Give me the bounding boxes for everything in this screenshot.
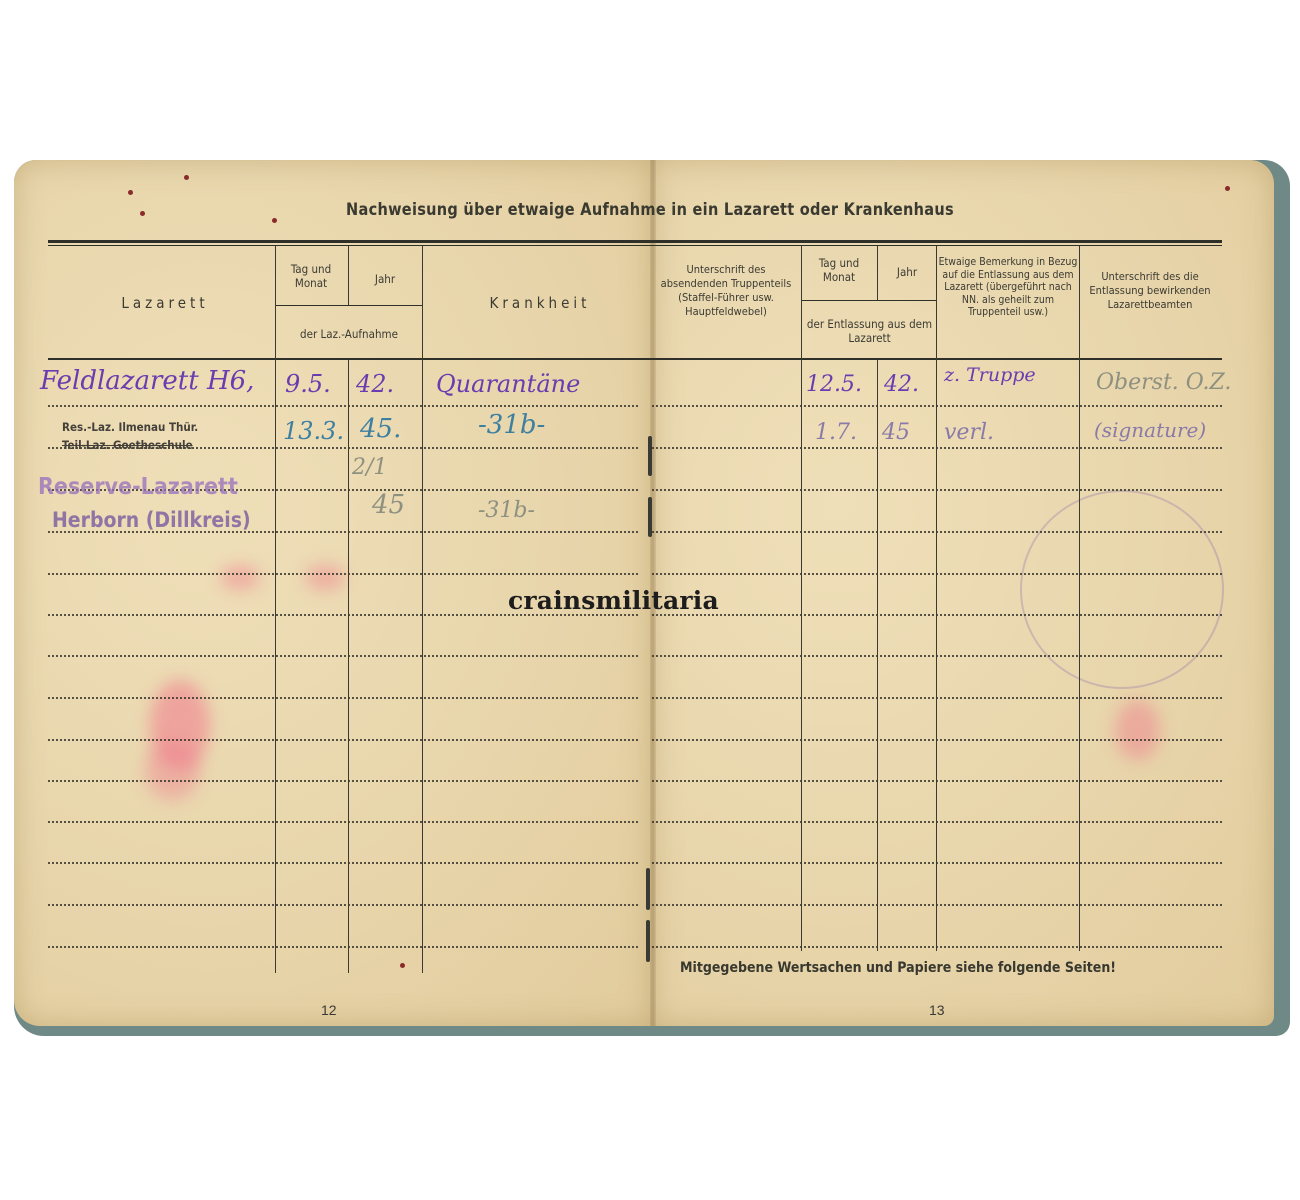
header-bemerkung: Etwaige Bemerkung in Bezug auf die Entla… — [938, 256, 1078, 319]
row3-krankheit: -31b- — [478, 498, 535, 523]
row1-unterschrift-lazarett: Oberst. O.Z. — [1096, 370, 1231, 395]
row-line — [652, 821, 1222, 823]
binding-stitch — [646, 868, 650, 910]
row1-lazarett: Feldlazarett H6, — [40, 366, 254, 396]
row2-krankheit: -31b- — [478, 410, 545, 440]
row-line — [48, 862, 638, 864]
row-line — [652, 405, 1222, 407]
row-line — [652, 489, 1222, 491]
page-title: Nachweisung über etwaige Aufnahme in ein… — [33, 200, 1268, 220]
row2-bemerkung: verl. — [944, 420, 994, 445]
row2-entlassung-tag-monat: 1.7. — [815, 420, 857, 445]
row-line — [48, 655, 638, 657]
binding-stitch — [646, 920, 650, 962]
ink-speck — [184, 175, 189, 180]
row-line — [652, 739, 1222, 741]
pink-stain — [145, 740, 200, 800]
header-aufnahme-jahr: Jahr — [349, 272, 421, 286]
row2-stamp-line1: Res.-Laz. Ilmenau Thür. — [62, 420, 198, 434]
faded-round-stamp — [1020, 490, 1224, 689]
header-rule-top — [48, 240, 1222, 243]
row2-entlassung-jahr: 45 — [882, 420, 910, 445]
row-line — [48, 739, 638, 741]
column-divider — [1079, 246, 1080, 951]
binding-stitch — [648, 497, 652, 537]
pink-stain — [220, 565, 260, 590]
header-rule-bottom — [48, 358, 1222, 360]
row-line — [48, 904, 638, 906]
ink-speck — [128, 190, 133, 195]
header-unterschrift-truppenteil: Unterschrift des absendenden Truppenteil… — [655, 263, 797, 319]
row-line — [652, 697, 1222, 699]
row-line — [652, 573, 1222, 575]
page-number-left: 12 — [321, 1002, 337, 1018]
row1-entlassung-jahr: 42. — [884, 372, 919, 397]
row2-aufnahme-tag-monat: 13.3. — [283, 417, 344, 445]
pink-stain — [1115, 700, 1160, 760]
row-line — [652, 655, 1222, 657]
header-aufnahme-tag-monat: Tag und Monat — [276, 262, 346, 290]
row-line — [652, 447, 1222, 449]
page-number-right: 13 — [929, 1002, 945, 1018]
row-line — [48, 573, 638, 575]
header-rule-top-thin — [48, 245, 1222, 246]
header-entlassung-jahr: Jahr — [878, 265, 936, 279]
row-line — [652, 946, 1222, 948]
row-line — [652, 780, 1222, 782]
aufnahme-subrule — [275, 305, 422, 306]
header-krankheit: Krankheit — [430, 296, 650, 310]
row2-unterschrift-lazarett: (signature) — [1094, 418, 1206, 442]
column-divider — [801, 246, 802, 951]
row3-aufnahme-tag-monat: 2/1 — [352, 455, 387, 480]
row-line — [48, 780, 638, 782]
binding-stitch — [648, 436, 652, 476]
row-line — [652, 862, 1222, 864]
row1-aufnahme-tag-monat: 9.5. — [285, 370, 331, 398]
header-aufnahme-group: der Laz.-Aufnahme — [276, 327, 422, 341]
row-line — [652, 904, 1222, 906]
row-line — [652, 614, 1222, 616]
column-divider — [348, 360, 349, 973]
header-entlassung-group: der Entlassung aus dem Lazarett — [803, 317, 936, 345]
row-line — [48, 697, 638, 699]
row1-bemerkung: z. Truppe — [944, 364, 1036, 386]
ink-speck — [1225, 186, 1230, 191]
row1-aufnahme-jahr: 42. — [356, 370, 394, 398]
row3-aufnahme-jahr: 45 — [372, 490, 405, 520]
header-unterschrift-lazarett: Unterschrift des die Entlassung bewirken… — [1082, 270, 1218, 312]
pink-stain — [305, 565, 345, 590]
row-line — [48, 821, 638, 823]
row-line — [48, 946, 638, 948]
row1-entlassung-tag-monat: 12.5. — [806, 372, 862, 397]
row-line — [652, 531, 1222, 533]
row3-stamp-line1: Reserve-Lazarett — [38, 474, 238, 500]
row1-krankheit: Quarantäne — [436, 370, 580, 398]
header-entlassung-tag-monat: Tag und Monat — [802, 256, 876, 284]
column-divider — [936, 246, 937, 951]
header-lazarett: Lazarett — [60, 296, 270, 310]
ink-speck — [400, 963, 405, 968]
row3-stamp-line2: Herborn (Dillkreis) — [52, 508, 251, 532]
row2-stamp-line2: Teil-Laz. Goetheschule — [62, 438, 193, 452]
entlassung-subrule — [801, 300, 936, 301]
watermark: crainsmilitaria — [508, 586, 719, 615]
row2-aufnahme-jahr: 45. — [360, 414, 401, 444]
footer-note: Mitgegebene Wertsachen und Papiere siehe… — [680, 960, 1116, 976]
row-line — [48, 405, 638, 407]
